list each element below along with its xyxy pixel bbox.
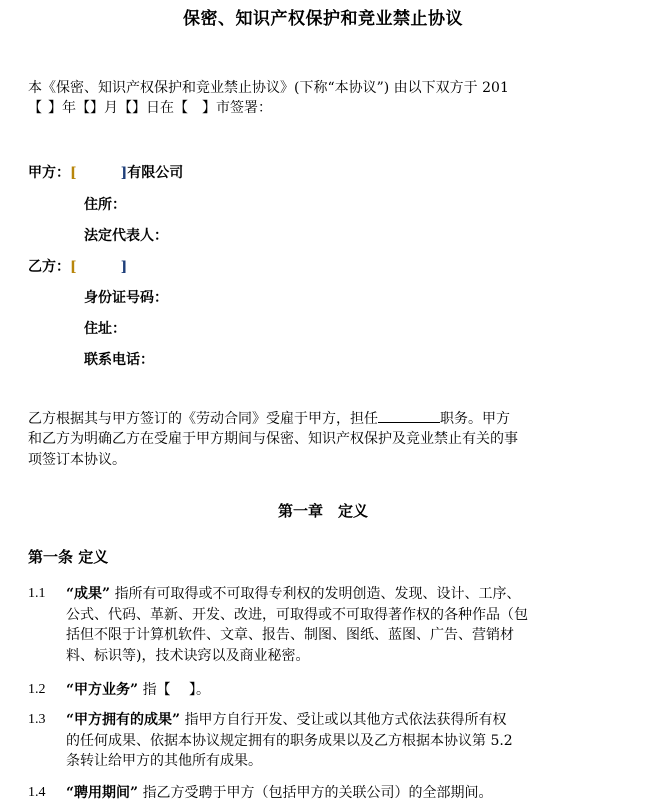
item-1-3-line-2: 的任何成果、依据本协议规定拥有的职务成果以及乙方根据本协议第 5.2 (66, 731, 626, 752)
party-b-line: 乙方：[] (28, 256, 127, 276)
intro-city-text: 】市签署： (202, 100, 272, 116)
intro-month-text: 】月【 (90, 100, 132, 116)
party-a-label: 甲方： (28, 165, 70, 181)
item-1-1-line-3: 括但不限于计算机软件、文章、报告、制图、图纸、蓝图、广告、营销材 (66, 625, 626, 646)
party-a-suffix: 有限公司 (127, 165, 183, 181)
definition-item-1-2: “甲方业务” 指【 】。 (66, 680, 210, 701)
item-1-3-line-1: 指甲方自行开发、受让或以其他方式依法获得所有权 (185, 712, 507, 728)
item-number-1-1: 1.1 (28, 586, 46, 602)
term-employment-period: “聘用期间” (66, 785, 138, 801)
item-number-1-3: 1.3 (28, 712, 46, 728)
item-1-1-line-1: 指所有可取得或不可取得专利权的发明创造、发现、设计、工序、 (115, 586, 521, 602)
preamble-line-2: 和乙方为明确乙方在受雇于甲方期间与保密、知识产权保护及竞业禁止有关的事 (28, 429, 518, 449)
party-b-id-label: 身份证号码： (84, 287, 168, 307)
item-1-4-line-1: 指乙方受聘于甲方（包括甲方的关联公司）的全部期间。 (143, 785, 493, 801)
preamble-line-1: 乙方根据其与甲方签订的《劳动合同》受雇于甲方，担任职务。甲方 (28, 408, 510, 429)
party-a-legal-rep-label: 法定代表人： (84, 225, 168, 245)
item-1-1-line-2: 公式、代码、革新、开发、改进，可取得或不可取得著作权的各种作品（包 (66, 605, 626, 626)
party-b-address-label: 住址： (84, 318, 126, 338)
intro-bracket-year-open: 【 (28, 100, 42, 116)
definition-item-1-4: “聘用期间” 指乙方受聘于甲方（包括甲方的关联公司）的全部期间。 (66, 783, 493, 804)
item-1-2-line-1: 指【 】。 (143, 682, 210, 698)
preamble-text-a: 乙方根据其与甲方签订的《劳动合同》受雇于甲方，担任 (28, 411, 378, 427)
term-party-a-business: “甲方业务” (66, 682, 138, 698)
item-1-1-line-4: 料、标识等)，技术诀窍以及商业秘密。 (66, 646, 626, 667)
item-number-1-4: 1.4 (28, 785, 46, 801)
term-results: “成果” (66, 586, 110, 602)
chapter-heading: 第一章 定义 (0, 500, 646, 521)
preamble-line-3: 项签订本协议。 (28, 450, 126, 470)
item-number-1-2: 1.2 (28, 682, 46, 698)
party-b-label: 乙方： (28, 259, 70, 275)
party-a-line: 甲方：[]有限公司 (28, 162, 183, 182)
position-blank (378, 408, 440, 423)
item-1-3-line-3: 条转让给甲方的其他所有成果。 (66, 751, 626, 772)
intro-year-text: 】年【 (48, 100, 90, 116)
party-b-bracket-close: ] (121, 259, 128, 275)
article-heading: 第一条 定义 (28, 546, 108, 567)
intro-line-1: 本《保密、知识产权保护和竞业禁止协议》(下称“本协议”) 由以下双方于 201 (28, 78, 509, 98)
definition-item-1-3: “甲方拥有的成果” 指甲方自行开发、受让或以其他方式依法获得所有权 的任何成果、… (66, 710, 626, 772)
definition-item-1-1: “成果” 指所有可取得或不可取得专利权的发明创造、发现、设计、工序、 公式、代码… (66, 584, 626, 666)
term-party-a-owned-results: “甲方拥有的成果” (66, 712, 180, 728)
intro-line-2: 【】年【】月【】日在【】市签署： (28, 98, 272, 118)
document-title: 保密、知识产权保护和竞业禁止协议 (0, 4, 646, 29)
intro-day-text: 】日在【 (132, 100, 188, 116)
party-b-phone-label: 联系电话： (84, 349, 154, 369)
party-a-bracket-open: [ (70, 165, 77, 181)
preamble-text-b: 职务。甲方 (440, 411, 510, 427)
party-a-address-label: 住所： (84, 194, 126, 214)
party-b-bracket-open: [ (70, 259, 77, 275)
